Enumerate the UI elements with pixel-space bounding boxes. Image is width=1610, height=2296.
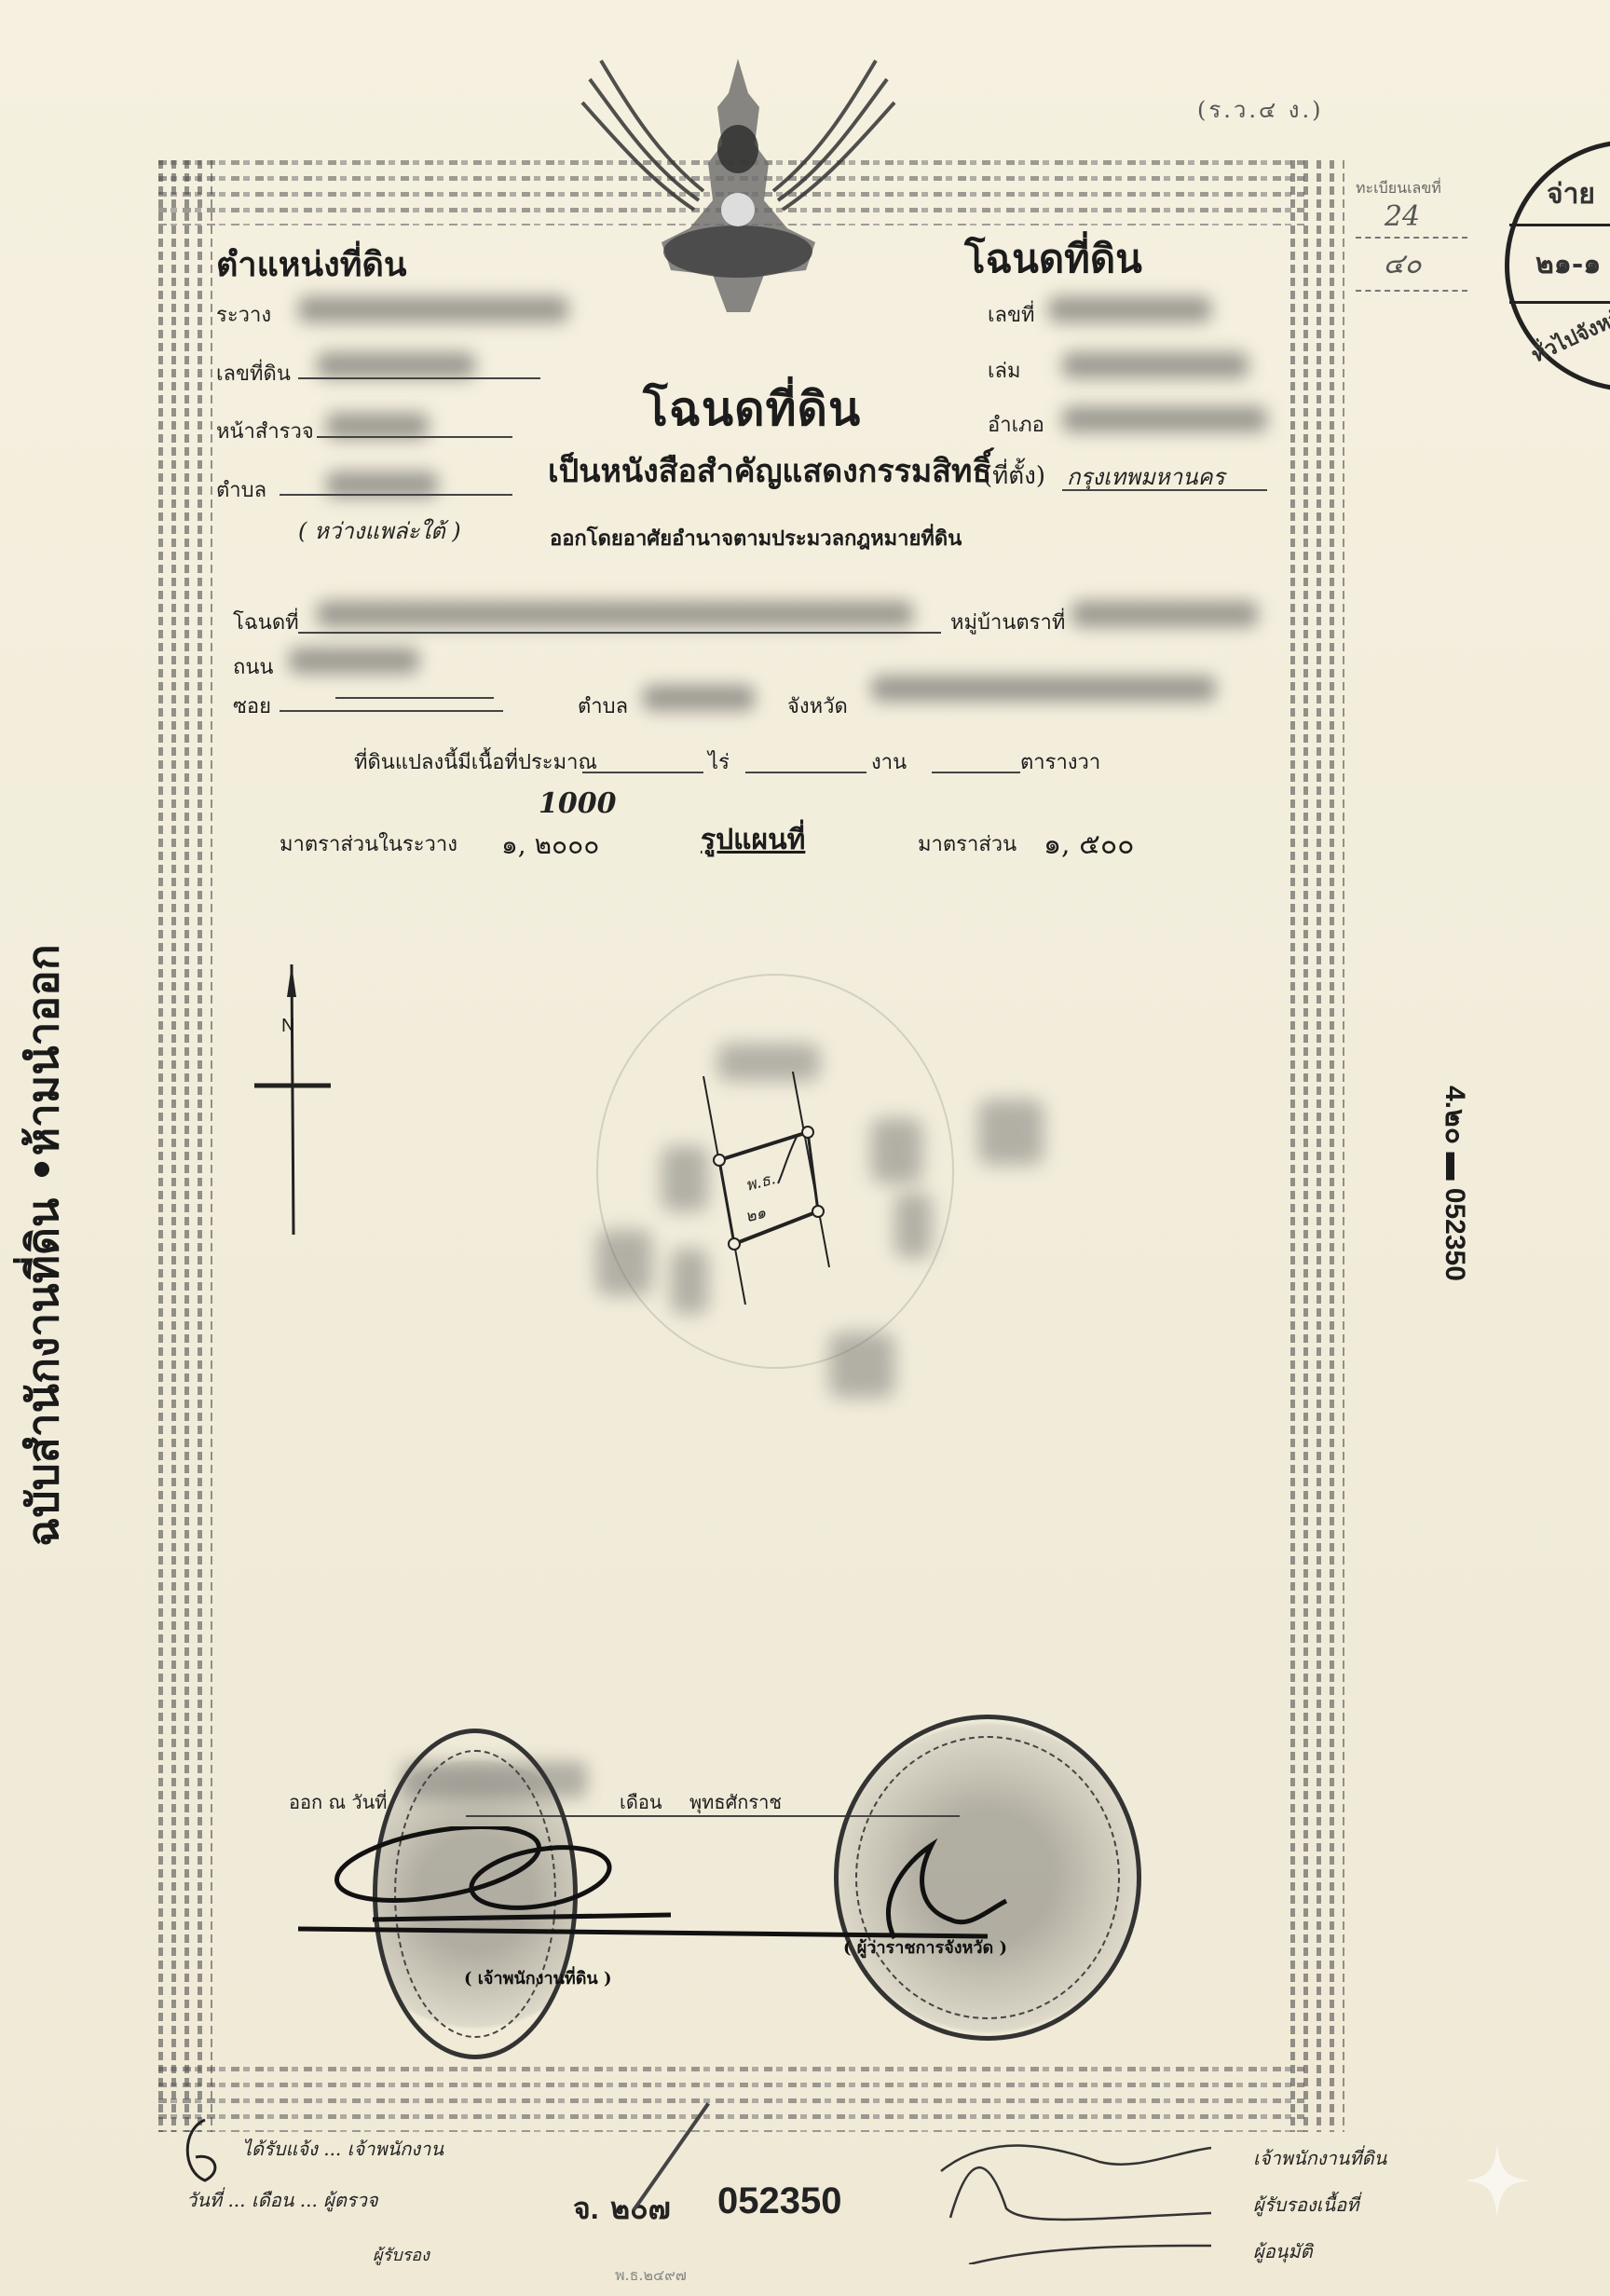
issue-year-label: พุทธศักราช [689, 1787, 782, 1817]
field-label-survey-page: หน้าสำรวจ [216, 415, 314, 447]
footer-left-line3: ผู้รับรอง [373, 2241, 430, 2268]
ledger-bottom: ๔๐ [1356, 242, 1449, 286]
side-serial-text-right: 4.๒๐ ▬ 052350 [1433, 1086, 1477, 1281]
ledger-number: ทะเบียนเลขที่ 24 ๔๐ [1356, 177, 1467, 295]
document-subtitle-legal-basis: ออกโดยอาศัยอำนาจตามประมวลกฎหมายที่ดิน [550, 522, 962, 554]
scale-left-value: ๑, ๒๐๐๐ [501, 825, 599, 866]
scale-right-label: มาตราส่วน [918, 827, 1016, 860]
footer-serial: 052350 [717, 2180, 841, 2222]
field-label-number: เลขที่ [988, 298, 1035, 331]
field-label-volume: เล่ม [988, 354, 1021, 387]
footer-right-signatures [932, 2115, 1258, 2264]
scale-left-overwrite: 1000 [539, 787, 617, 820]
footer-flourish-icon [177, 2115, 233, 2190]
land-parcel-diagram [689, 1072, 894, 1314]
scale-left-label: มาตราส่วนในระวาง [280, 827, 457, 860]
village-label: หมู่บ้านตราที่ [950, 606, 1065, 638]
footer-prefix: จ. [573, 2185, 599, 2233]
footer-right-line2: ผู้รับรองเนื้อที่ [1253, 2190, 1358, 2220]
corner-stamp-line3: ทั่วไปจังหวัด [1526, 295, 1610, 371]
left-handwritten-note: ( หว่างแพล่ะใต้ ) [298, 512, 461, 549]
field-label-location: (ที่ตั้ง) [983, 457, 1045, 495]
document-subtitle: เป็นหนังสือสำคัญแสดงกรรมสิทธิ์ [548, 445, 991, 496]
map-section-label: รูปแผนที่ [701, 818, 805, 862]
field-value-volume-redacted [1062, 352, 1248, 378]
ledger-label: ทะเบียนเลขที่ [1356, 177, 1467, 200]
field-value-survey-page-redacted [326, 413, 429, 439]
field-value-ravang-redacted [298, 296, 568, 322]
tambon-row-label: ตำบล [578, 690, 628, 722]
field-value-land-no-redacted [317, 352, 475, 378]
issue-month-label: เดือน [620, 1787, 662, 1817]
province-label: จังหวัด [787, 690, 848, 722]
area-unit-ngan: งาน [871, 745, 907, 778]
north-arrow-icon [252, 960, 335, 1239]
side-stamp-text-left: ฉบับสำนักงานที่ดิน •ห้ามนำออก [9, 944, 77, 1547]
header-land-location: ตำแหน่งที่ดิน [216, 238, 406, 291]
footer-right-line1: เจ้าพนักงานที่ดิน [1253, 2143, 1386, 2173]
footer-left-line1: ได้รับแจ้ง ... เจ้าพนักงาน [242, 2134, 443, 2164]
form-code: (ร.ว.๔ ง.) [1197, 91, 1324, 128]
garuda-emblem-icon [573, 51, 904, 317]
road-value-redacted [289, 648, 419, 674]
ledger-top: 24 [1356, 200, 1449, 233]
document-title: โฉนดที่ดิน [643, 373, 861, 446]
field-value-number-redacted [1048, 296, 1211, 322]
road-label: ถนน [233, 650, 273, 683]
seal-right-caption: ( ผู้ว่าราชการจังหวัด ) [843, 1934, 1007, 1961]
scale-right-value: ๑, ๕๐๐ [1044, 823, 1134, 867]
soi-label: ซอย [233, 690, 271, 722]
seal-left-caption: ( เจ้าพนักงานที่ดิน ) [464, 1964, 612, 1991]
footer-sub: พ.ธ.๒๔๙๗ [615, 2264, 687, 2288]
village-value-redacted [1071, 601, 1258, 627]
ornamental-border-right [1290, 160, 1344, 2132]
corner-stamp-line2: ๒๑-๑ [1535, 242, 1601, 286]
header-title-deed: โฉนดที่ดิน [964, 228, 1142, 290]
issue-date-label: ออก ณ วันที่ [289, 1787, 388, 1817]
field-label-ravang: ระวาง [216, 298, 271, 331]
area-intro-label: ที่ดินแปลงนี้มีเนื้อที่ประมาณ [354, 745, 597, 778]
footer-right-line3: ผู้อนุมัติ [1253, 2236, 1313, 2266]
field-label-tambon: ตำบล [216, 473, 266, 506]
owner-value-redacted [317, 601, 913, 627]
field-value-amphoe-redacted [1062, 406, 1267, 432]
footer-volume: ๒๐๗ [610, 2185, 671, 2233]
province-value-redacted [871, 676, 1216, 702]
field-label-land-no: เลขที่ดิน [216, 357, 291, 389]
north-label: N [281, 1016, 294, 1037]
tambon-row-value-redacted [643, 685, 755, 711]
signature-strokes [298, 1826, 1137, 1994]
sparkle-watermark-icon [1465, 2143, 1530, 2218]
area-unit-rai: ไร่ [708, 745, 730, 778]
field-label-amphoe: อำเภอ [988, 408, 1044, 441]
owner-label: โฉนดที่ [233, 606, 299, 638]
ornamental-border-left [158, 160, 212, 2132]
corner-stamp-line1: จ่าย [1547, 172, 1595, 216]
area-unit-wa: ตารางวา [1020, 745, 1100, 778]
